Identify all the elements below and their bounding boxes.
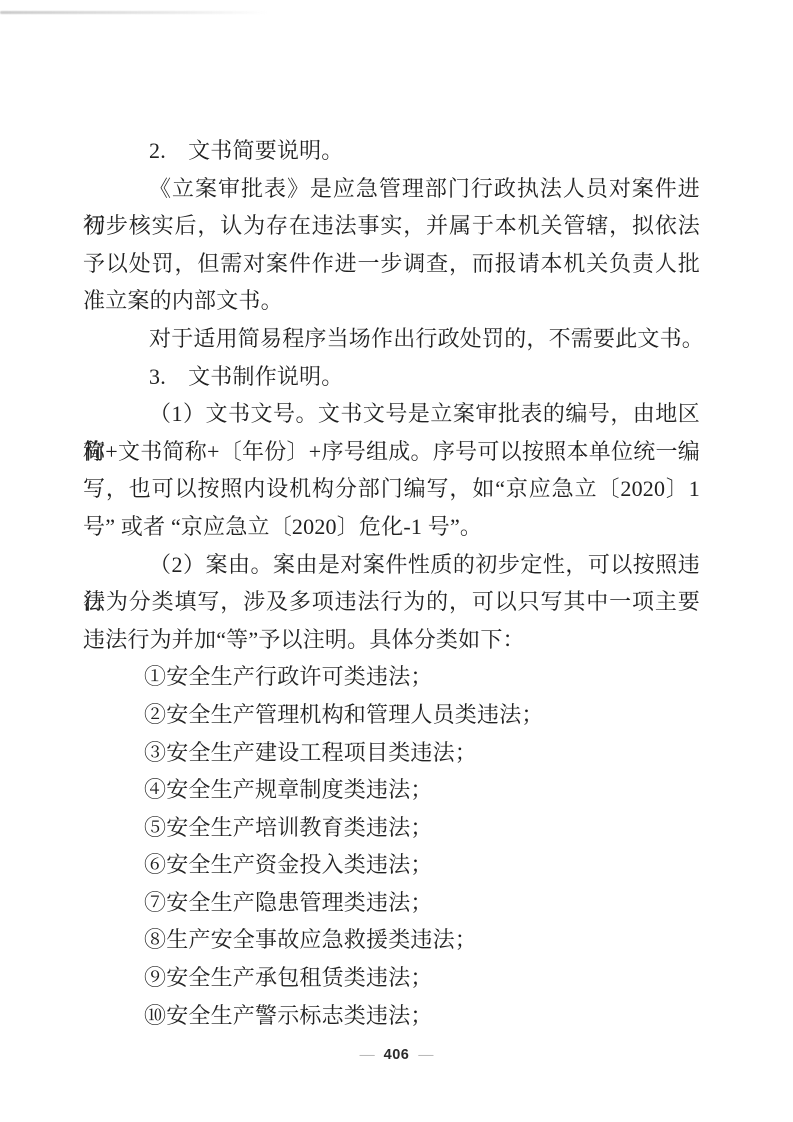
text-line: 写，也可以按照内设机构分部门编写，如“京应急立〔2020〕1 (83, 470, 700, 508)
text-line: 称+文书简称+〔年份〕+序号组成。序号可以按照本单位统一编 (83, 433, 700, 471)
text-line: 违法行为并加“等”予以注明。具体分类如下： (83, 621, 700, 659)
text-line: ①安全生产行政许可类违法； (83, 658, 700, 696)
text-block: 2. 文书简要说明。《立案审批表》是应急管理部门行政执法人员对案件进行初步核实后… (83, 132, 700, 1034)
text-line: ⑨安全生产承包租赁类违法； (83, 959, 700, 997)
text-line: 号” 或者 “京应急立〔2020〕危化-1 号”。 (83, 508, 700, 546)
text-line: 2. 文书简要说明。 (83, 132, 700, 170)
scan-artifact (0, 11, 268, 14)
footer-dash-left: — (360, 1049, 375, 1062)
page-number: 406 (384, 1048, 410, 1063)
page-footer: — 406 — (0, 1044, 793, 1066)
text-line: ②安全生产管理机构和管理人员类违法； (83, 696, 700, 734)
text-line: ⑥安全生产资金投入类违法； (83, 846, 700, 884)
text-line: （2）案由。案由是对案件性质的初步定性，可以按照违法 (83, 546, 700, 584)
text-line: ⑩安全生产警示标志类违法； (83, 997, 700, 1035)
text-line: 《立案审批表》是应急管理部门行政执法人员对案件进行 (83, 170, 700, 208)
text-line: ⑦安全生产隐患管理类违法； (83, 884, 700, 922)
text-line: ⑧生产安全事故应急救援类违法； (83, 921, 700, 959)
text-line: 予以处罚，但需对案件作进一步调查，而报请本机关负责人批 (83, 245, 700, 283)
text-line: 初步核实后，认为存在违法事实，并属于本机关管辖，拟依法 (83, 207, 700, 245)
document-page: 2. 文书简要说明。《立案审批表》是应急管理部门行政执法人员对案件进行初步核实后… (0, 0, 793, 1122)
text-line: 准立案的内部文书。 (83, 282, 700, 320)
text-line: ④安全生产规章制度类违法； (83, 771, 700, 809)
text-line: ⑤安全生产培训教育类违法； (83, 809, 700, 847)
text-line: 对于适用简易程序当场作出行政处罚的，不需要此文书。 (83, 320, 700, 358)
text-line: 3. 文书制作说明。 (83, 358, 700, 396)
text-line: ③安全生产建设工程项目类违法； (83, 734, 700, 772)
text-line: 行为分类填写，涉及多项违法行为的，可以只写其中一项主要 (83, 583, 700, 621)
text-line: （1）文书文号。文书文号是立案审批表的编号，由地区简 (83, 395, 700, 433)
footer-dash-right: — (418, 1049, 433, 1062)
